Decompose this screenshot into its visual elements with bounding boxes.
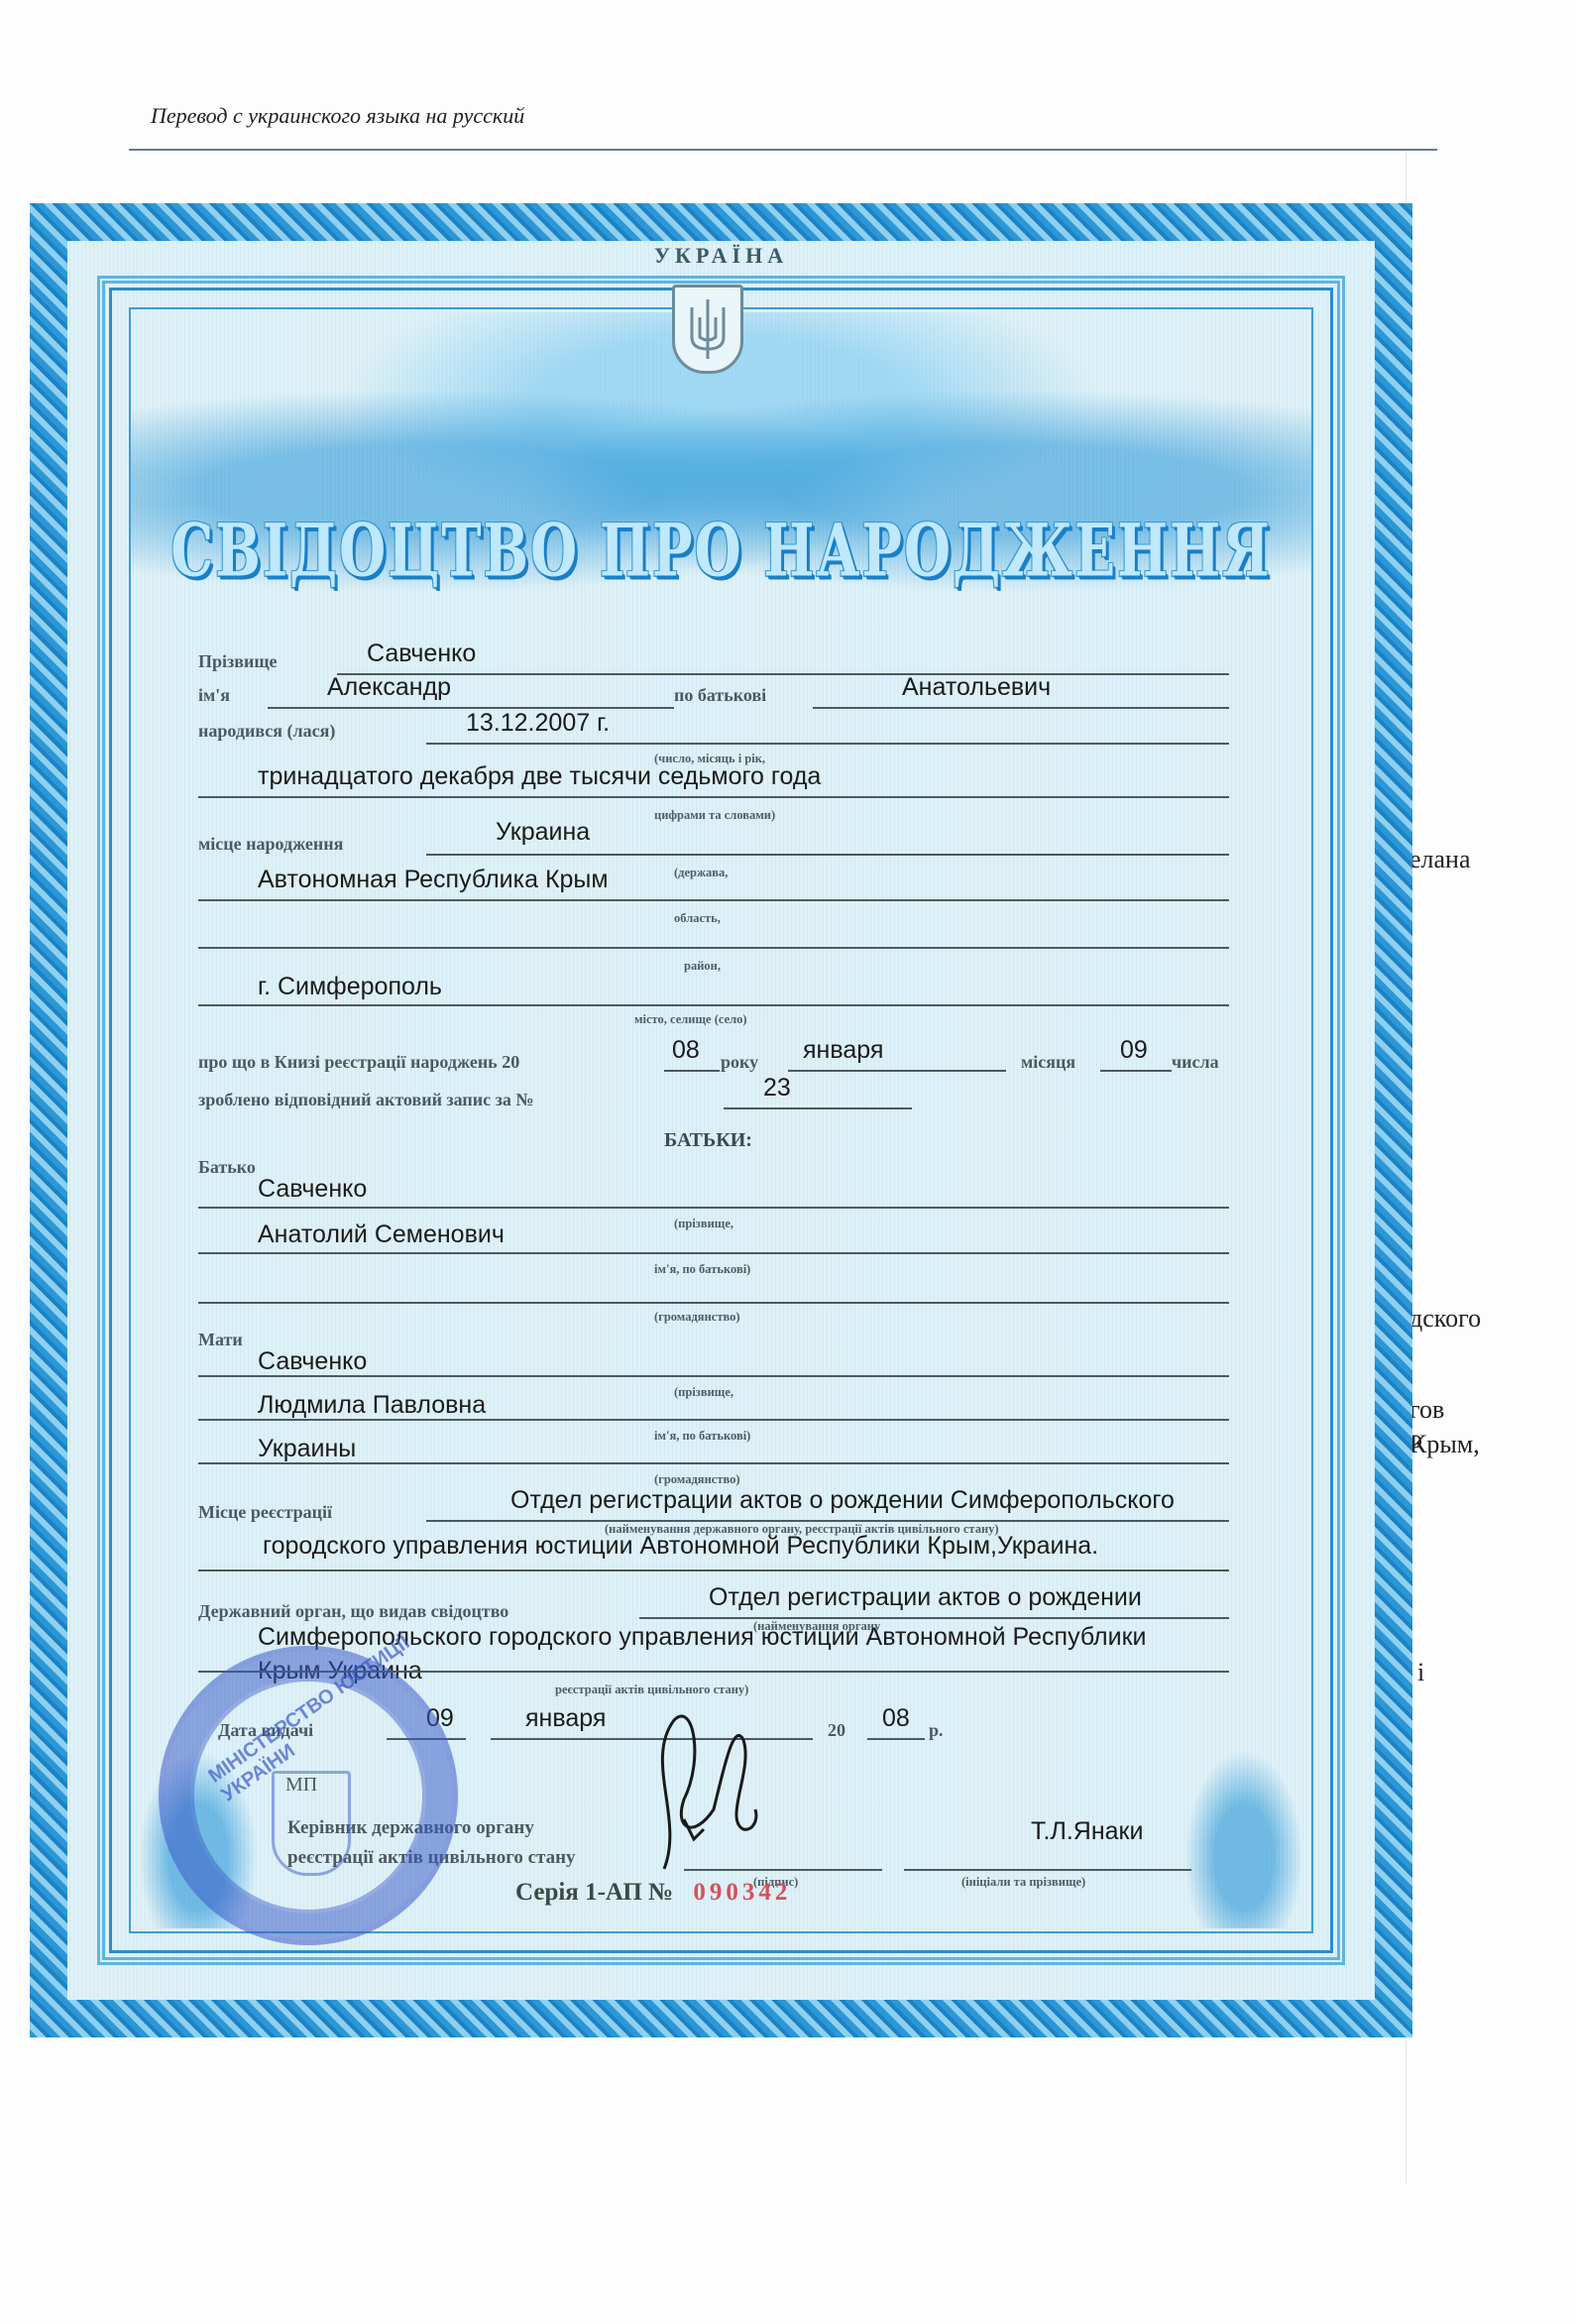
caption: (прізвище, (674, 1217, 733, 1231)
patronymic-label: по батькові (674, 685, 766, 706)
seal-trident-icon (272, 1771, 351, 1876)
official-seal-icon: МІНІСТЕРСТВО ЮСТИЦІЇ УКРАЇНИ (159, 1646, 458, 1945)
birth-date: 13.12.2007 г. (466, 709, 610, 738)
caption: область, (674, 911, 721, 926)
child-surname: Савченко (367, 639, 476, 668)
field-line (198, 1462, 1229, 1464)
series-number: 090342 (693, 1879, 791, 1906)
field-line (904, 1869, 1191, 1871)
signature-icon (624, 1700, 773, 1879)
mother-surname: Савченко (258, 1347, 367, 1376)
field-line (198, 1375, 1229, 1377)
father-label: Батько (198, 1157, 256, 1178)
caption: цифрами та словами) (654, 808, 775, 823)
issue-year-suffix: р. (929, 1720, 944, 1741)
field-line (639, 1617, 1229, 1619)
peek-text: Крым, (1409, 1430, 1480, 1459)
record-day-suffix: числа (1172, 1052, 1219, 1073)
field-line (198, 1004, 1229, 1006)
field-line (337, 673, 1229, 675)
mother-label: Мати (198, 1330, 243, 1350)
peek-text: і (1417, 1658, 1424, 1687)
caption: (держава, (674, 866, 728, 880)
caption: (прізвище, (674, 1385, 733, 1400)
caption: ім'я, по батькові) (654, 1429, 750, 1444)
birth-certificate: УКРАЇНА СВІДОЦТВО ПРО НАРОДЖЕННЯ Прізвищ… (30, 203, 1412, 2037)
child-patronymic: Анатольевич (902, 673, 1051, 702)
birthplace-country: Украина (496, 818, 590, 847)
issuing-authority-line1: Отдел регистрации актов о рождении (709, 1583, 1142, 1612)
father-surname: Савченко (258, 1175, 367, 1204)
birth-date-words: тринадцатого декабря две тысячи седьмого… (258, 762, 821, 791)
caption: район, (684, 959, 721, 974)
field-line (1100, 1070, 1172, 1072)
field-line (198, 1302, 1229, 1304)
record-month-suffix: місяця (1021, 1052, 1075, 1073)
mother-citizenship: Украины (258, 1435, 356, 1463)
registration-place-label: Місце реєстрації (198, 1502, 332, 1523)
caption: місто, селище (село) (634, 1012, 747, 1027)
caption: реєстрації актів цивільного стану) (555, 1683, 748, 1697)
birthplace-region: Автономная Республика Крым (258, 866, 609, 894)
caption: (громадянство) (654, 1310, 740, 1325)
caption: (ініціали та прізвище) (961, 1875, 1085, 1890)
field-line (813, 707, 1229, 709)
issuing-authority-label: Державний орган, що видав свідоцтво (198, 1601, 508, 1622)
born-label: народився (лася) (198, 721, 335, 742)
field-line (426, 854, 1229, 856)
caption: ім'я, по батькові) (654, 1262, 750, 1277)
field-line (198, 899, 1229, 901)
peek-text: дского (1409, 1304, 1481, 1334)
field-line (198, 947, 1229, 949)
field-line (788, 1070, 1006, 1072)
record-number-label: зроблено відповідний актовий запис за № (198, 1090, 533, 1110)
issue-month: января (525, 1704, 606, 1733)
record-number: 23 (763, 1074, 791, 1103)
registration-place-line1: Отдел регистрации актов о рождении Симфе… (510, 1486, 1175, 1515)
record-day: 09 (1120, 1036, 1148, 1065)
record-month: января (803, 1036, 883, 1065)
father-name: Анатолий Семенович (258, 1220, 505, 1249)
parents-heading: БАТЬКИ: (664, 1129, 752, 1152)
mother-name: Людмила Павловна (258, 1391, 486, 1420)
translation-header-note: Перевод с украинского языка на русский (151, 103, 524, 129)
field-line (198, 1252, 1229, 1254)
field-line (198, 1419, 1229, 1421)
field-line (198, 1569, 1229, 1571)
record-year: 08 (672, 1036, 700, 1065)
head-name: Т.Л.Янаки (1031, 1817, 1143, 1846)
series-number-block: Серія 1-АП № 090342 (515, 1879, 791, 1907)
surname-label: Прізвище (198, 651, 278, 672)
registration-place-line2: городского управления юстиции Автономной… (263, 1532, 1098, 1561)
issue-year: 08 (882, 1704, 910, 1733)
peek-text: елана (1409, 845, 1471, 874)
birthplace-label: місце народження (198, 834, 343, 855)
field-line (724, 1107, 912, 1109)
series-label: Серія 1-АП № (515, 1879, 673, 1906)
caption: (громадянство) (654, 1472, 740, 1487)
name-label: ім'я (198, 685, 230, 706)
field-line (198, 796, 1229, 798)
issue-year-prefix: 20 (828, 1720, 845, 1741)
field-line (867, 1738, 925, 1740)
field-line (664, 1070, 720, 1072)
record-text: про що в Книзі реєстрації народжень 20 (198, 1052, 519, 1073)
birthplace-city: г. Симферополь (258, 973, 442, 1001)
field-line (198, 1207, 1229, 1209)
field-line (426, 743, 1229, 745)
child-name: Александр (327, 673, 451, 702)
record-year-suffix: року (721, 1052, 758, 1073)
